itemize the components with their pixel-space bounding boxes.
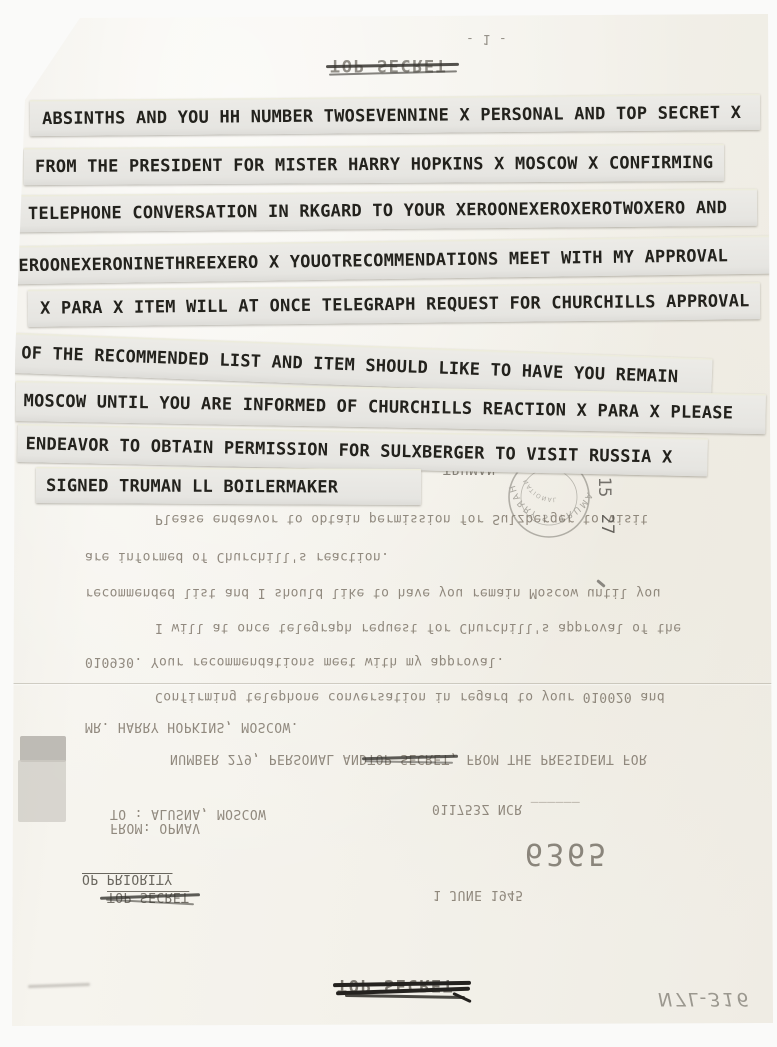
tape-strip-9: SIGNED TRUMAN LL BOILERMAKER bbox=[36, 467, 421, 505]
typed-precedence: OP PRIORITY bbox=[82, 871, 173, 886]
svg-text:NATIONAL: NATIONAL bbox=[522, 478, 557, 503]
archive-code-annotation: N7L-316 bbox=[658, 988, 751, 1010]
typed-routing-to: TO : ALUSNA, MOSCOW bbox=[110, 806, 266, 821]
scanned-telegram-document: - 1 - TOP SECRET Lieutenant, U.S.N.R. Pl… bbox=[0, 0, 777, 1047]
document-page: - 1 - TOP SECRET Lieutenant, U.S.N.R. Pl… bbox=[0, 0, 777, 1047]
tape-strip-1: ABSINTHS AND YOU HH NUMBER TWOSEVENNINE … bbox=[30, 94, 760, 136]
typed-line-reaction: are informed of Churchill's reaction. bbox=[85, 549, 389, 564]
page-number: - 1 - bbox=[466, 31, 507, 46]
typed-line-telegraph: I will at once telegraph request for Chu… bbox=[155, 620, 682, 635]
tape-remnant bbox=[18, 760, 66, 822]
tape-strip-2: FROM THE PRESIDENT FOR MISTER HARRY HOPK… bbox=[24, 144, 724, 185]
svg-text:HARRY S. TRUMAN: HARRY S. TRUMAN bbox=[501, 484, 594, 545]
typed-serial-number: 6365 bbox=[525, 836, 609, 871]
pencil-annotation-15: 15 bbox=[594, 477, 614, 497]
typed-line-hopkins: MR. HARRY HOPKINS, MOSCOW. bbox=[85, 719, 299, 734]
typed-routing-from: FROM: OPNAV bbox=[110, 820, 201, 835]
typed-line-approval: 010930. Your recommendations meet with m… bbox=[85, 654, 505, 669]
pencil-smudge bbox=[28, 983, 90, 988]
tape-strip-5: X PARA X ITEM WILL AT ONCE TELEGRAPH REQ… bbox=[28, 282, 760, 327]
tape-remnant bbox=[20, 736, 66, 762]
typed-line-confirming: Confirming telephone conversation in reg… bbox=[155, 689, 665, 704]
pencil-annotation-27: 27 bbox=[597, 514, 617, 534]
typed-header-right: 011753Z NCR ______ bbox=[432, 801, 580, 816]
tape-strip-3: TELEPHONE CONVERSATION IN RKGARD TO YOUR… bbox=[16, 189, 757, 232]
typed-date: 1 JUNE 1945 bbox=[433, 887, 524, 902]
typed-line-remain: recommended list and I should like to ha… bbox=[85, 585, 661, 600]
fold-crease bbox=[0, 683, 777, 684]
tape-strip-4: XEROONEXERONINETHREEXERO X YOUOTRECOMMEN… bbox=[2, 236, 770, 285]
